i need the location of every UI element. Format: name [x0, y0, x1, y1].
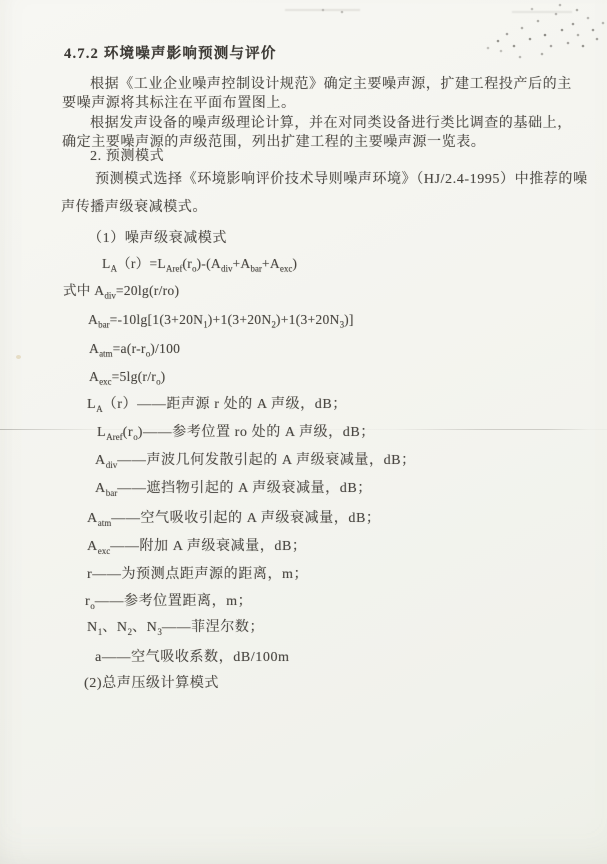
- formula: Abar=-10lg[1(3+20N1)+1(3+20N2)+1(3+20N3)…: [88, 312, 354, 330]
- scan-smudge: [285, 9, 360, 11]
- section-heading: 4.7.2 环境噪声影响预测与评价: [64, 46, 277, 63]
- formula: 式中 Adiv=20lg(r/ro): [63, 283, 179, 301]
- paper-stain: [16, 355, 21, 359]
- formula: Aatm=a(r-ro)/100: [89, 341, 180, 359]
- symbol-definition: N1、N2、N3——菲涅尔数；: [87, 620, 264, 638]
- symbol-definition: a——空气吸收系数，dB/100m: [95, 650, 290, 667]
- symbol-definition: Aexc——附加 A 声级衰减量，dB；: [87, 539, 307, 557]
- formula: LA（r）=LAref(ro)-(Adiv+Abar+Aexc): [102, 256, 297, 274]
- body-text-line: 声传播声级衰减模式。: [61, 200, 207, 217]
- body-text-line: 根据《工业企业噪声控制设计规范》确定主要噪声源，扩建工程投产后的主: [90, 77, 572, 94]
- list-item-heading: (2)总声压级计算模式: [84, 676, 219, 693]
- list-item-heading: （1）噪声级衰减模式: [88, 231, 227, 248]
- body-text-line: 预测模式选择《环境影响评价技术导则噪声环境》（HJ/2.4-1995）中推荐的噪: [95, 172, 588, 189]
- symbol-definition: Abar——遮挡物引起的 A 声级衰减量，dB；: [95, 481, 372, 499]
- symbol-definition: LAref(ro)——参考位置 ro 处的 A 声级，dB；: [97, 425, 375, 443]
- body-text-line: 根据发声设备的噪声级理论计算，并在对同类设备进行类比调查的基础上，: [90, 116, 572, 133]
- symbol-definition: Aatm——空气吸收引起的 A 声级衰减量，dB；: [87, 511, 381, 529]
- symbol-definition: ro——参考位置距离，m；: [85, 594, 252, 612]
- symbol-definition: LA（r）——距声源 r 处的 A 声级，dB；: [87, 397, 347, 415]
- scan-noise-speckles: [0, 0, 2, 2]
- body-text-line: 要噪声源将其标注在平面布置图上。: [62, 96, 296, 113]
- symbol-definition: Adiv——声波几何发散引起的 A 声级衰减量，dB；: [95, 453, 416, 471]
- scanned-document-page: 4.7.2 环境噪声影响预测与评价 根据《工业企业噪声控制设计规范》确定主要噪声…: [0, 0, 607, 864]
- list-item-heading: 2. 预测模式: [90, 149, 164, 166]
- symbol-definition: r——为预测点距声源的距离，m；: [87, 567, 308, 584]
- scan-smudge: [512, 11, 572, 13]
- formula: Aexc=5lg(r/ro): [89, 369, 165, 387]
